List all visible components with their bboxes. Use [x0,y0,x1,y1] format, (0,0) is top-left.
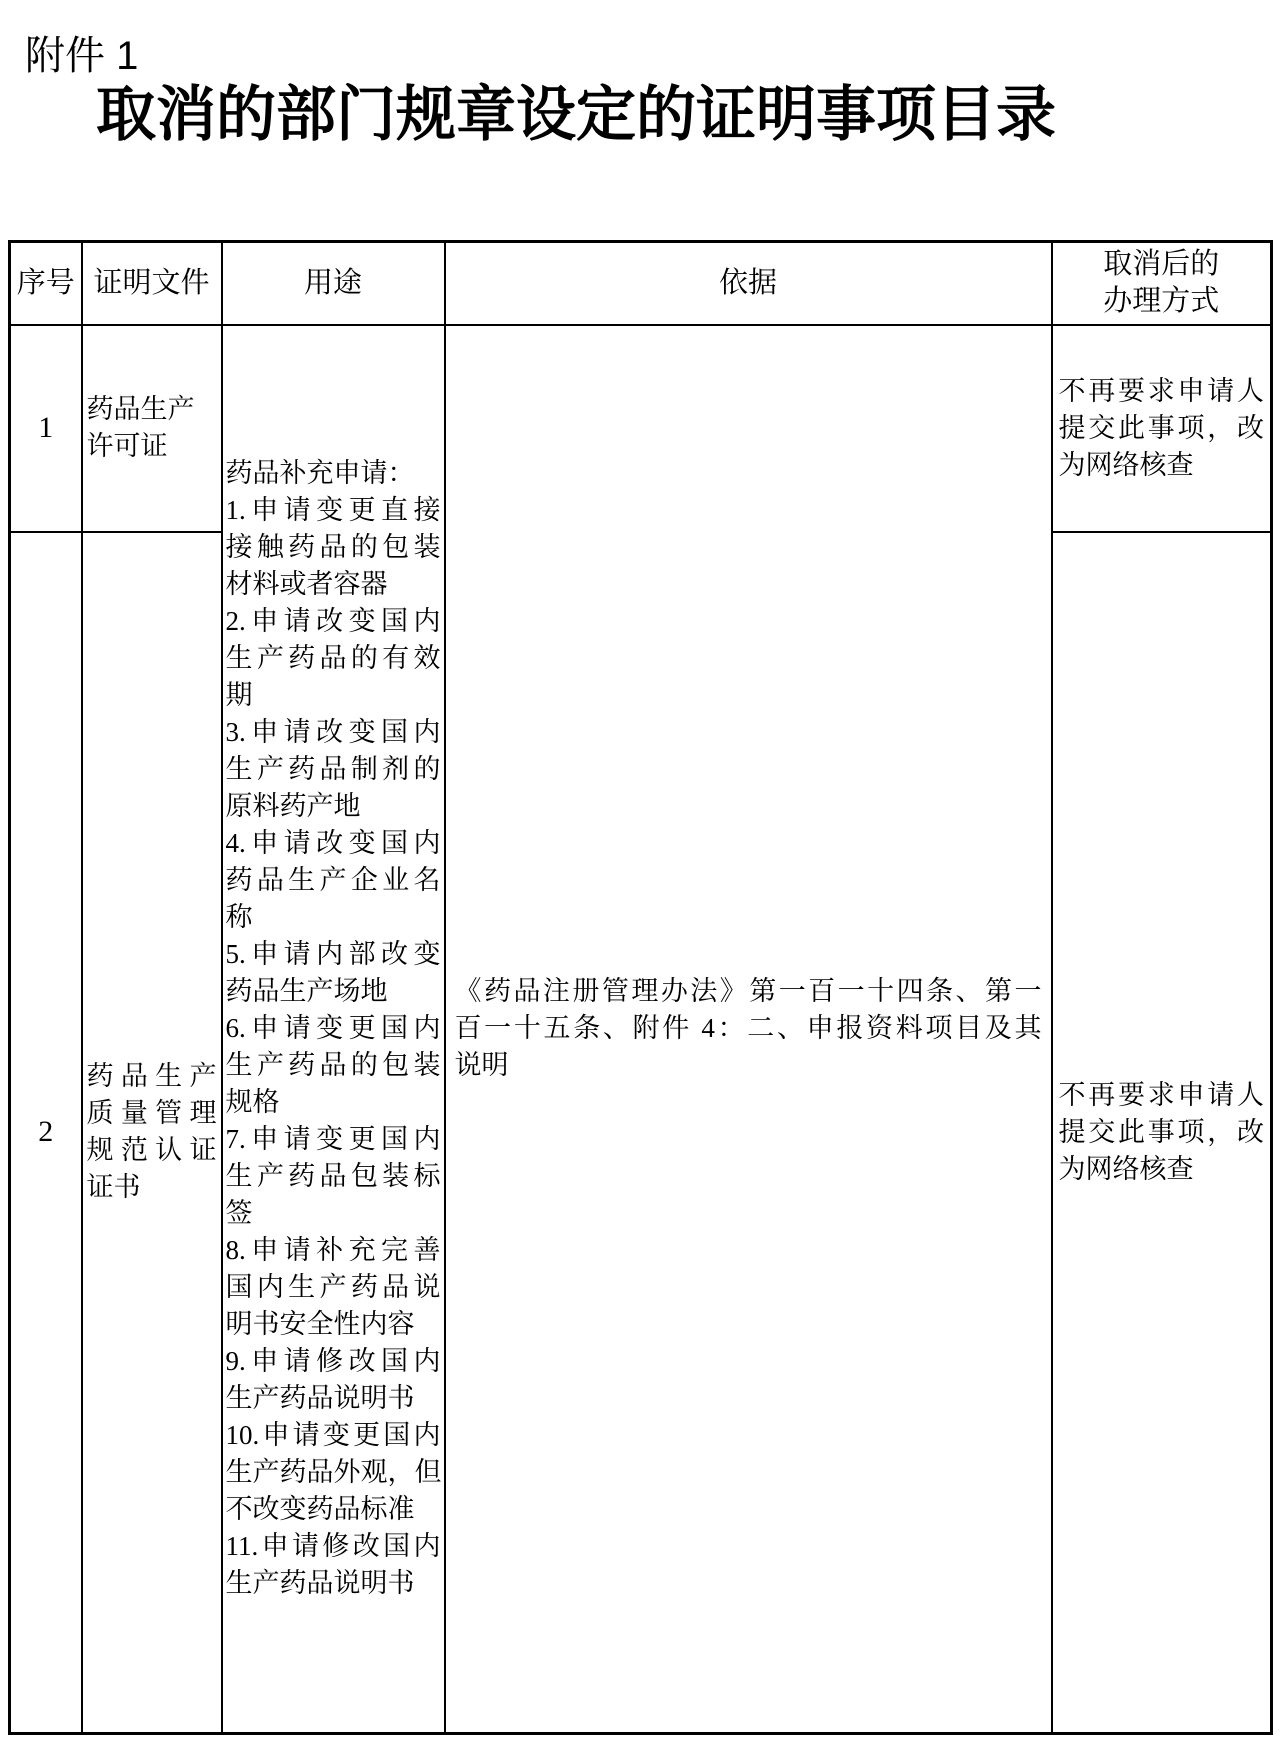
document-cell: 药品生产许可证 [82,325,222,532]
page-title: 取消的部门规章设定的证明事项目录 [0,80,1280,149]
document-cell: 药品生产质量管理规范认证证书 [82,532,222,1734]
document-page: 附件 1 取消的部门规章设定的证明事项目录 序号 证明文件 用途 依据 取消后的… [0,0,1280,1746]
method-cell: 不再要求申请人提交此事项，改为网络核查 [1052,325,1272,532]
table-header-row: 序号 证明文件 用途 依据 取消后的办理方式 [10,242,1272,325]
column-header-seq: 序号 [10,242,82,325]
seq-cell: 1 [10,325,82,532]
attachment-label: 附件 1 [25,34,138,78]
seq-cell: 2 [10,532,82,1734]
column-header-method: 取消后的办理方式 [1052,242,1272,325]
purpose-cell: 药品补充申请：1.申请变更直接接触药品的包装材料或者容器2.申请改变国内生产药品… [222,325,445,1734]
column-header-purpose: 用途 [222,242,445,325]
column-header-document: 证明文件 [82,242,222,325]
column-header-basis: 依据 [445,242,1052,325]
basis-cell: 《药品注册管理办法》第一百一十四条、第一百一十五条、附件 4：二、申报资料项目及… [445,325,1052,1734]
table-row: 1 药品生产许可证 药品补充申请：1.申请变更直接接触药品的包装材料或者容器2.… [10,325,1272,532]
method-cell: 不再要求申请人提交此事项，改为网络核查 [1052,532,1272,1734]
catalog-table: 序号 证明文件 用途 依据 取消后的办理方式 1 药品生产许可证 药品补充申请：… [8,240,1273,1735]
